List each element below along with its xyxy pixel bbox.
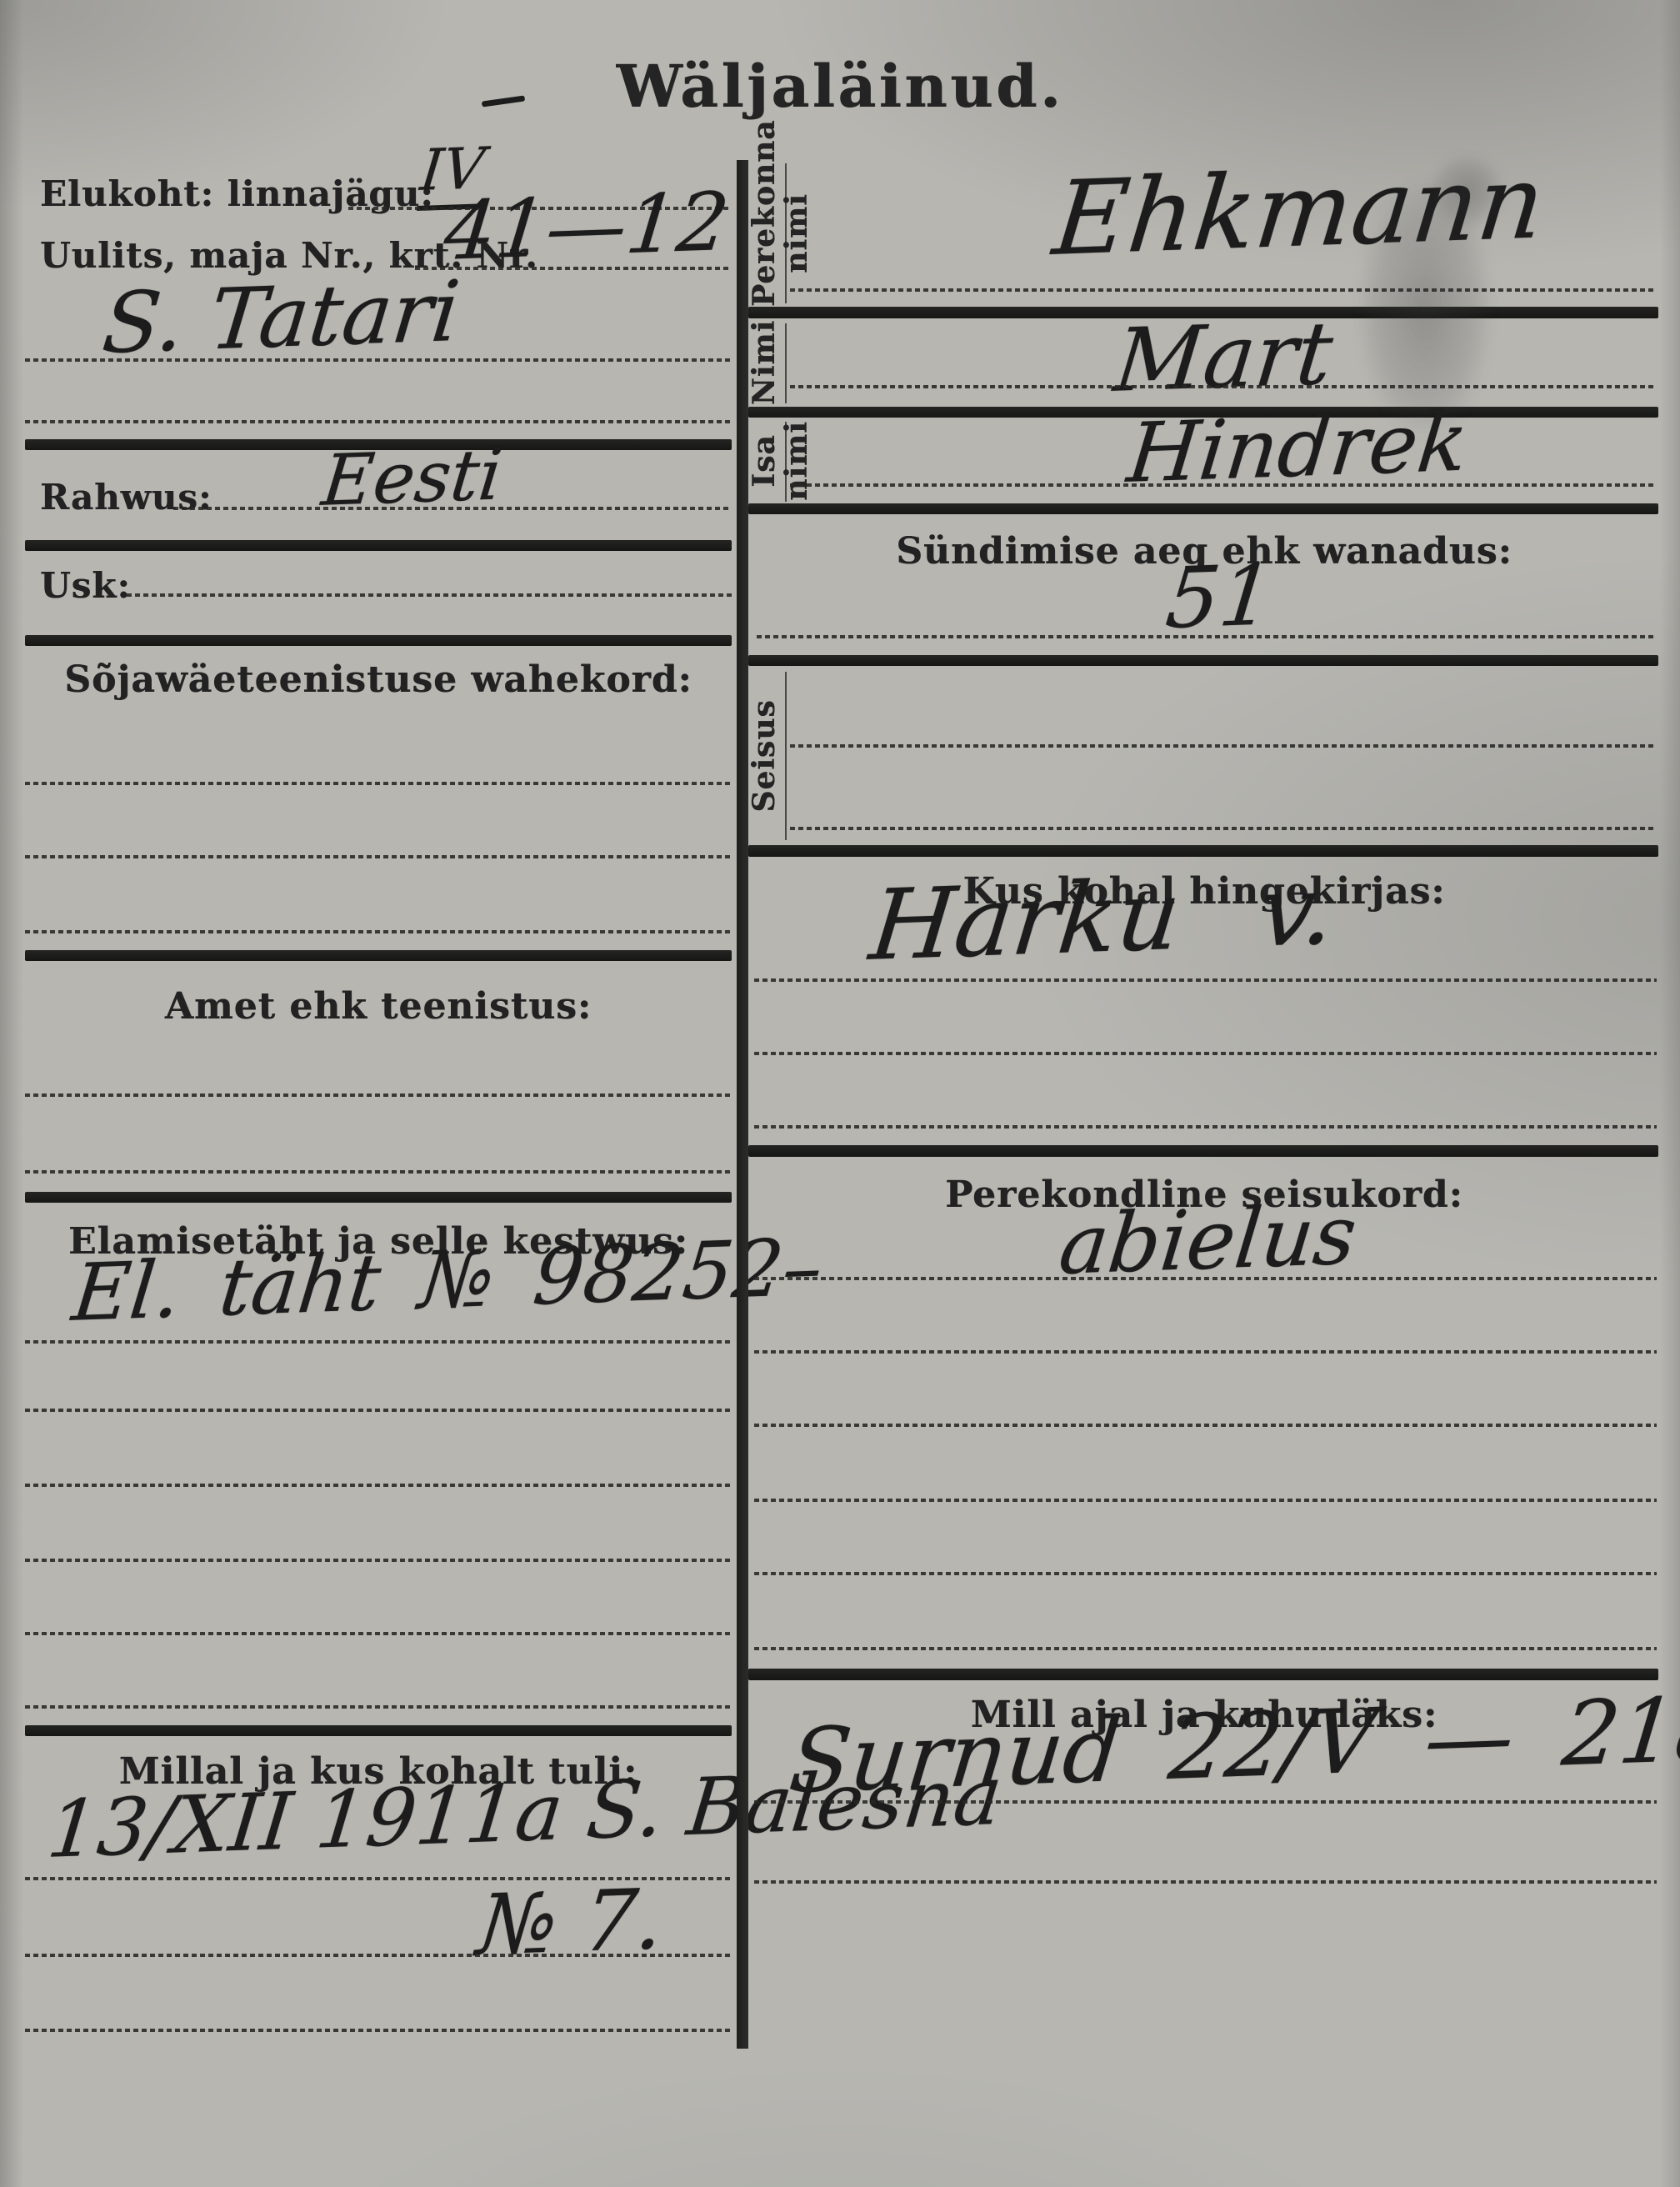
dotted-line [25, 1954, 732, 1957]
dotted-line [25, 1484, 732, 1487]
dotted-line [25, 1170, 732, 1174]
dotted-line [790, 827, 1657, 830]
dotted-line [754, 1800, 1657, 1804]
dotted-line [754, 1350, 1657, 1354]
dotted-line [790, 385, 1657, 388]
ink-smudge [1417, 142, 1517, 242]
dotted-line [754, 1277, 1657, 1280]
dotted-line [25, 930, 732, 933]
father-name-label: Isa nimi [748, 418, 787, 503]
family-name-label: Perekonna nimi [748, 160, 787, 307]
dotted-line [25, 1705, 732, 1709]
divider-bar [748, 845, 1658, 857]
birth-value: 51 [1162, 546, 1278, 648]
dotted-line [25, 782, 732, 785]
first-name-value: Mart [1110, 302, 1337, 412]
military-service-label: Sõjawäeteenistuse wahekord: [25, 658, 732, 701]
dotted-line [754, 1572, 1657, 1575]
dotted-line [25, 855, 732, 858]
dotted-line [25, 1409, 732, 1412]
arrival-value-line2: № 7. [473, 1870, 668, 1974]
dotted-line [173, 507, 732, 510]
dotted-line [790, 483, 1657, 487]
dotted-line [25, 1559, 732, 1562]
divider-bar [748, 1669, 1658, 1680]
dotted-line [754, 1052, 1657, 1055]
occupation-label: Amet ehk teenistus: [25, 985, 732, 1028]
dotted-line [754, 1499, 1657, 1502]
street-number-value: 41—12 [440, 175, 733, 278]
registration-card: Wäljaläinud. Elukoht: linnajägu: IV Uuli… [0, 0, 1680, 2187]
dotted-line [25, 1093, 732, 1097]
dotted-line [25, 358, 732, 362]
dotted-line [25, 420, 732, 423]
dotted-line [754, 1424, 1657, 1427]
dotted-line [790, 744, 1657, 748]
divider-bar [25, 635, 732, 646]
dotted-line [754, 1880, 1657, 1884]
divider-bar [25, 1192, 732, 1203]
registry-value: Harku v. [865, 853, 1340, 983]
dotted-line [757, 635, 1657, 638]
dotted-line [754, 1647, 1657, 1650]
religion-label: Usk: [40, 565, 131, 606]
street-name-value: S. Tatari [98, 263, 464, 373]
divider-bar [25, 540, 732, 551]
page-title: Wäljaläinud. [0, 52, 1680, 121]
divider-bar [748, 1145, 1658, 1157]
dotted-line [754, 978, 1657, 982]
divider-bar [748, 655, 1658, 666]
nationality-label: Rahwus: [40, 477, 212, 518]
first-name-label: Nimi [748, 318, 787, 407]
dotted-line [25, 1340, 732, 1344]
divider-bar [25, 1725, 732, 1736]
dotted-line [25, 1632, 732, 1635]
dotted-line [754, 1125, 1657, 1129]
divider-bar [25, 950, 732, 961]
dotted-line [790, 288, 1657, 292]
dotted-line [25, 2029, 732, 2032]
status-label: Seisus [748, 667, 787, 845]
divider-bar [748, 503, 1658, 514]
dotted-line [127, 593, 732, 597]
